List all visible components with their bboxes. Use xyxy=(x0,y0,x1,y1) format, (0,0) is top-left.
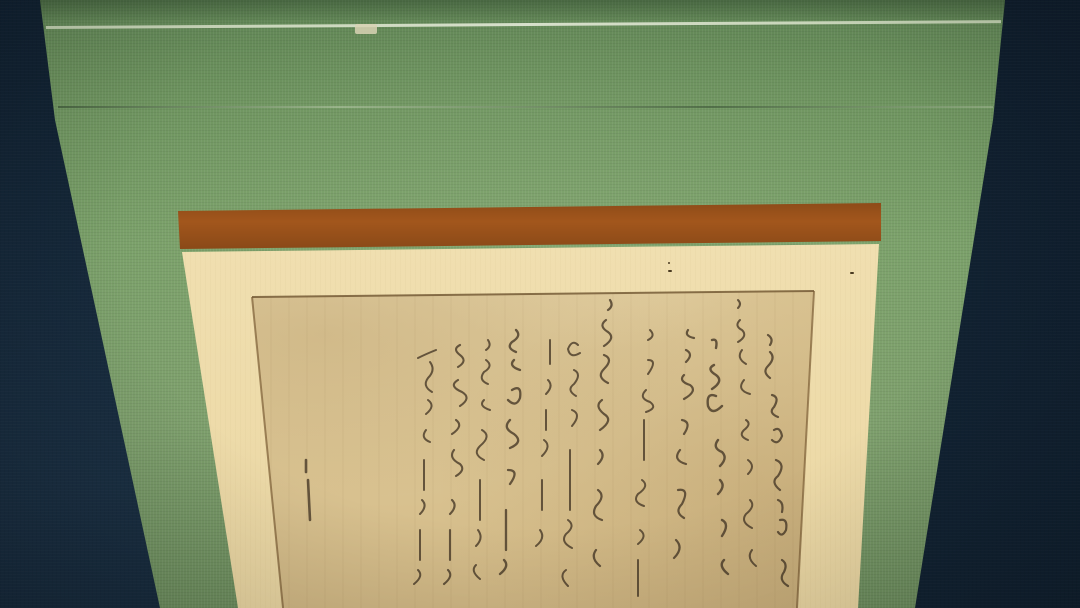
brocade-shading xyxy=(178,203,881,249)
scroll-photograph: Hanging scroll with a green silk mountin… xyxy=(0,0,1080,608)
dust-speck xyxy=(668,262,670,264)
dust-speck xyxy=(668,270,672,272)
seam-wear-spot xyxy=(355,24,377,34)
dust-speck xyxy=(850,272,854,274)
horizontal-fold-crease xyxy=(58,106,993,108)
top-shadow xyxy=(40,0,1005,22)
